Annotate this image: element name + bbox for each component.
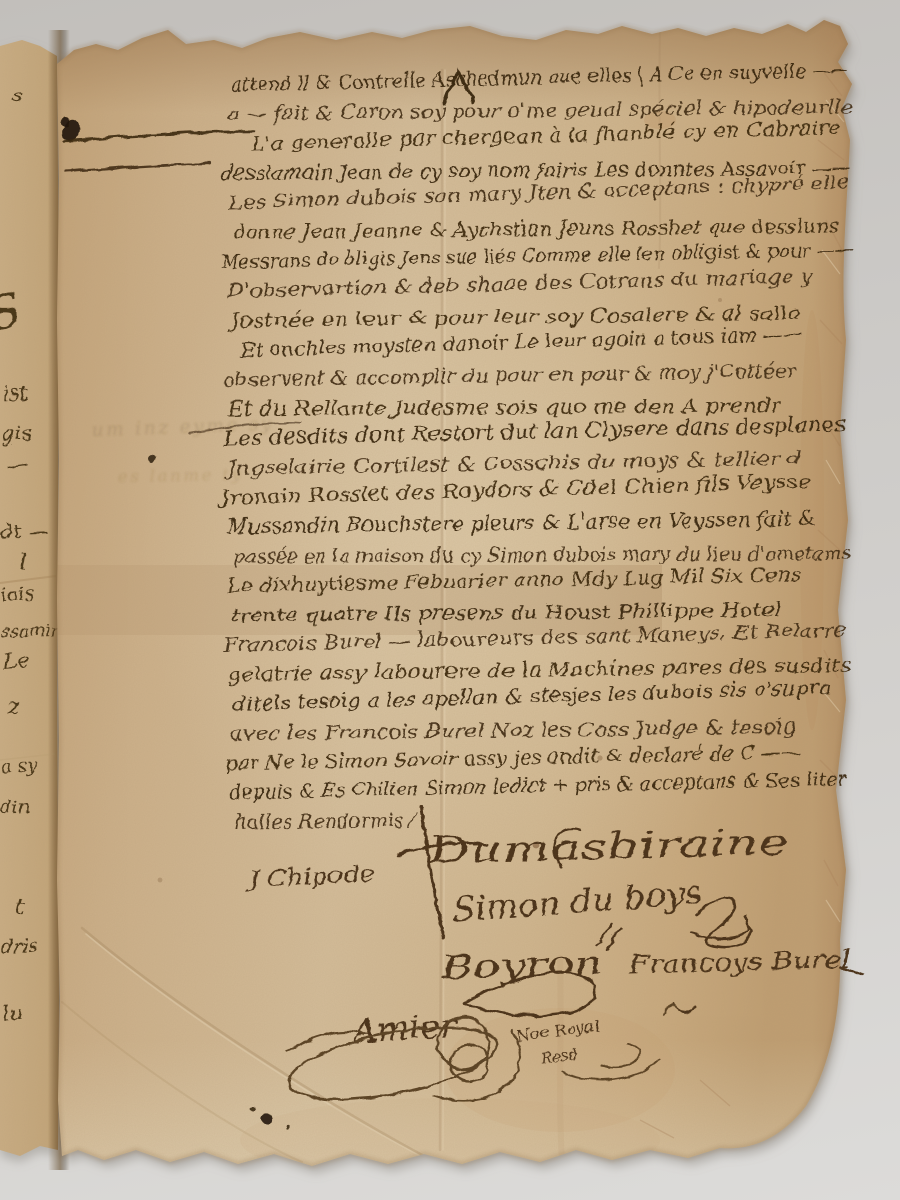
manuscript-line: halles Rendormis /	[234, 808, 418, 833]
left-page-fragment: dris	[0, 934, 37, 957]
left-page-fragment: lu	[1, 1000, 21, 1025]
left-page-fragment: dt —	[0, 517, 47, 543]
signature-boyron: Boyron	[438, 941, 603, 986]
signature-francoys: Francoys Burel	[626, 943, 850, 978]
photo-background: sSistgis—dt —liaisssaminLeza sydintdrisl…	[0, 0, 900, 1200]
left-page-fragment: gis	[0, 419, 31, 445]
manuscript-photo: sSistgis—dt —liaisssaminLeza sydintdrisl…	[0, 0, 900, 1200]
left-page-fragment: Le	[0, 647, 30, 674]
left-page-fragment: iais	[0, 582, 34, 605]
left-page-fragment: a sy	[0, 754, 37, 777]
left-page-fragment: l	[18, 549, 25, 574]
left-page-fragment: —	[3, 450, 28, 478]
left-page-fragment: din	[0, 795, 29, 817]
left-page-fragment: ist	[1, 379, 28, 405]
